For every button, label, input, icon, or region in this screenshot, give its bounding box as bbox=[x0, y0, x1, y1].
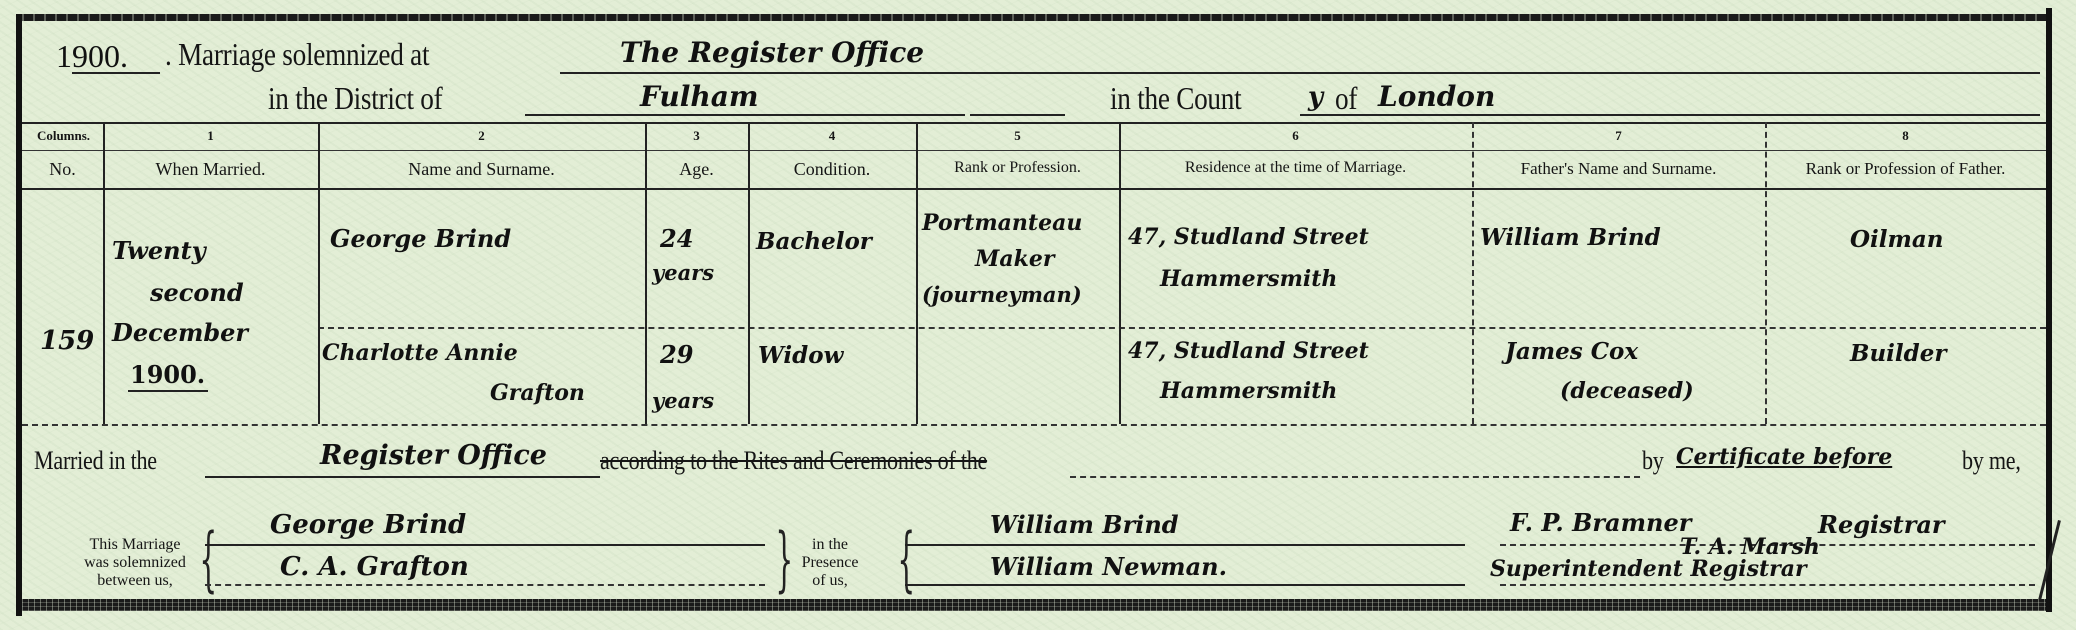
col-num-3: 3 bbox=[645, 128, 748, 144]
groom-profession-line-1: Portmanteau bbox=[922, 210, 1082, 236]
right-border bbox=[2046, 8, 2052, 612]
rites-label-struck: according to the Rites and Ceremonies of… bbox=[600, 446, 987, 476]
when-married-line-3: December bbox=[112, 318, 248, 347]
married-in-underline bbox=[205, 476, 600, 478]
col-title-name: Name and Surname. bbox=[318, 159, 645, 180]
groom-residence-line-1: 47, Studland Street bbox=[1128, 224, 1369, 250]
bride-name-line-2: Grafton bbox=[490, 380, 585, 406]
col-num-4: 4 bbox=[748, 128, 916, 144]
col-title-when-married: When Married. bbox=[103, 159, 318, 180]
presence-signature-2: William Newman. bbox=[990, 552, 1227, 581]
bride-father-profession: Builder bbox=[1850, 340, 1946, 367]
between-signature-1: George Brind bbox=[270, 510, 466, 540]
groom-name: George Brind bbox=[330, 224, 511, 253]
bride-age-unit: years bbox=[652, 388, 714, 413]
between-line-2 bbox=[205, 584, 765, 586]
by-me-label: by me, bbox=[1962, 446, 2021, 476]
groom-condition: Bachelor bbox=[756, 228, 872, 255]
district-value: Fulham bbox=[640, 80, 759, 113]
groom-residence-line-2: Hammersmith bbox=[1160, 266, 1337, 292]
between-signature-2: C. A. Grafton bbox=[280, 552, 469, 582]
col-num-8: 8 bbox=[1765, 128, 2046, 144]
registrar-signature: F. P. Bramner bbox=[1510, 508, 1691, 537]
col-num-7: 7 bbox=[1472, 128, 1765, 144]
col-title-no: No. bbox=[22, 159, 103, 180]
bride-father-name-line-1: James Cox bbox=[1505, 338, 1638, 365]
bottom-border-bar bbox=[22, 599, 2046, 611]
district-underline-2 bbox=[970, 114, 1065, 116]
groom-profession-line-3: (journeyman) bbox=[922, 282, 1082, 307]
groom-father-profession: Oilman bbox=[1850, 226, 1943, 253]
registrar-title: Registrar bbox=[1818, 510, 1945, 539]
district-label: in the District of bbox=[268, 80, 442, 117]
solemnized-at-value: The Register Office bbox=[620, 36, 924, 69]
when-married-underline bbox=[128, 390, 208, 392]
presence-label-3: of us, bbox=[780, 572, 880, 590]
columns-label: Columns. bbox=[24, 128, 103, 144]
groom-father-name: William Brind bbox=[1480, 224, 1661, 251]
table-top-rule bbox=[22, 122, 2046, 124]
solemnized-label: . Marriage solemnized at bbox=[165, 36, 429, 73]
when-married-line-2: second bbox=[150, 278, 244, 307]
county-label: in the Count bbox=[1110, 80, 1241, 117]
bride-condition: Widow bbox=[758, 342, 843, 369]
district-underline bbox=[525, 114, 965, 116]
header-year: 1900. bbox=[56, 38, 128, 75]
col-num-2: 2 bbox=[318, 128, 645, 144]
header-mid-rule bbox=[22, 150, 2046, 151]
bride-name-line-1: Charlotte Annie bbox=[322, 340, 518, 366]
year-underline bbox=[72, 72, 160, 74]
presence-label-2: Presence bbox=[780, 554, 880, 572]
between-line-1 bbox=[205, 544, 765, 546]
solemnized-underline bbox=[560, 72, 2040, 74]
presence-label-1: in the bbox=[780, 536, 880, 554]
row-divider bbox=[318, 327, 2046, 329]
by-value: Certificate before bbox=[1676, 444, 1892, 470]
presence-line-1 bbox=[905, 544, 1465, 546]
county-suffix: y bbox=[1308, 82, 1323, 112]
col-num-6: 6 bbox=[1119, 128, 1472, 144]
left-border bbox=[16, 14, 22, 616]
entry-number: 159 bbox=[40, 326, 94, 356]
married-in-label: Married in the bbox=[34, 446, 157, 476]
county-of-label: of bbox=[1335, 80, 1357, 117]
when-married-line-1: Twenty bbox=[112, 236, 206, 265]
bride-residence-line-2: Hammersmith bbox=[1160, 378, 1337, 404]
col-title-profession: Rank or Profession. bbox=[916, 159, 1119, 177]
groom-age-unit: years bbox=[652, 260, 714, 285]
table-bottom-rule bbox=[22, 424, 2046, 426]
between-label-3: between us, bbox=[70, 572, 200, 590]
col-num-1: 1 bbox=[103, 128, 318, 144]
county-value: London bbox=[1378, 80, 1495, 113]
between-label-2: was solemnized bbox=[70, 554, 200, 572]
bride-age: 29 bbox=[660, 340, 693, 369]
col-title-father-profession: Rank or Profession of Father. bbox=[1765, 159, 2046, 179]
header-bottom-rule bbox=[22, 188, 2046, 190]
col-title-residence: Residence at the time of Marriage. bbox=[1119, 159, 1472, 177]
married-in-value: Register Office bbox=[320, 440, 547, 471]
between-label-1: This Marriage bbox=[70, 536, 200, 554]
col-title-father-name: Father's Name and Surname. bbox=[1472, 159, 1765, 179]
col-title-condition: Condition. bbox=[748, 159, 916, 180]
when-married-line-4: 1900. bbox=[130, 360, 205, 389]
groom-profession-line-2: Maker bbox=[975, 246, 1054, 272]
bride-residence-line-1: 47, Studland Street bbox=[1128, 338, 1369, 364]
superintendent-title: Superintendent Registrar bbox=[1490, 556, 1807, 582]
groom-age: 24 bbox=[660, 224, 693, 253]
county-underline bbox=[1300, 114, 2040, 116]
presence-signature-1: William Brind bbox=[990, 510, 1179, 539]
col-num-5: 5 bbox=[916, 128, 1119, 144]
rites-underline bbox=[1070, 476, 1640, 478]
bride-father-name-line-2: (deceased) bbox=[1560, 378, 1694, 404]
col-title-age: Age. bbox=[645, 159, 748, 180]
superintendent-line bbox=[1500, 584, 2035, 586]
by-label: by bbox=[1642, 446, 1664, 476]
top-border-bar bbox=[22, 14, 2046, 21]
presence-line-2 bbox=[905, 584, 1465, 586]
